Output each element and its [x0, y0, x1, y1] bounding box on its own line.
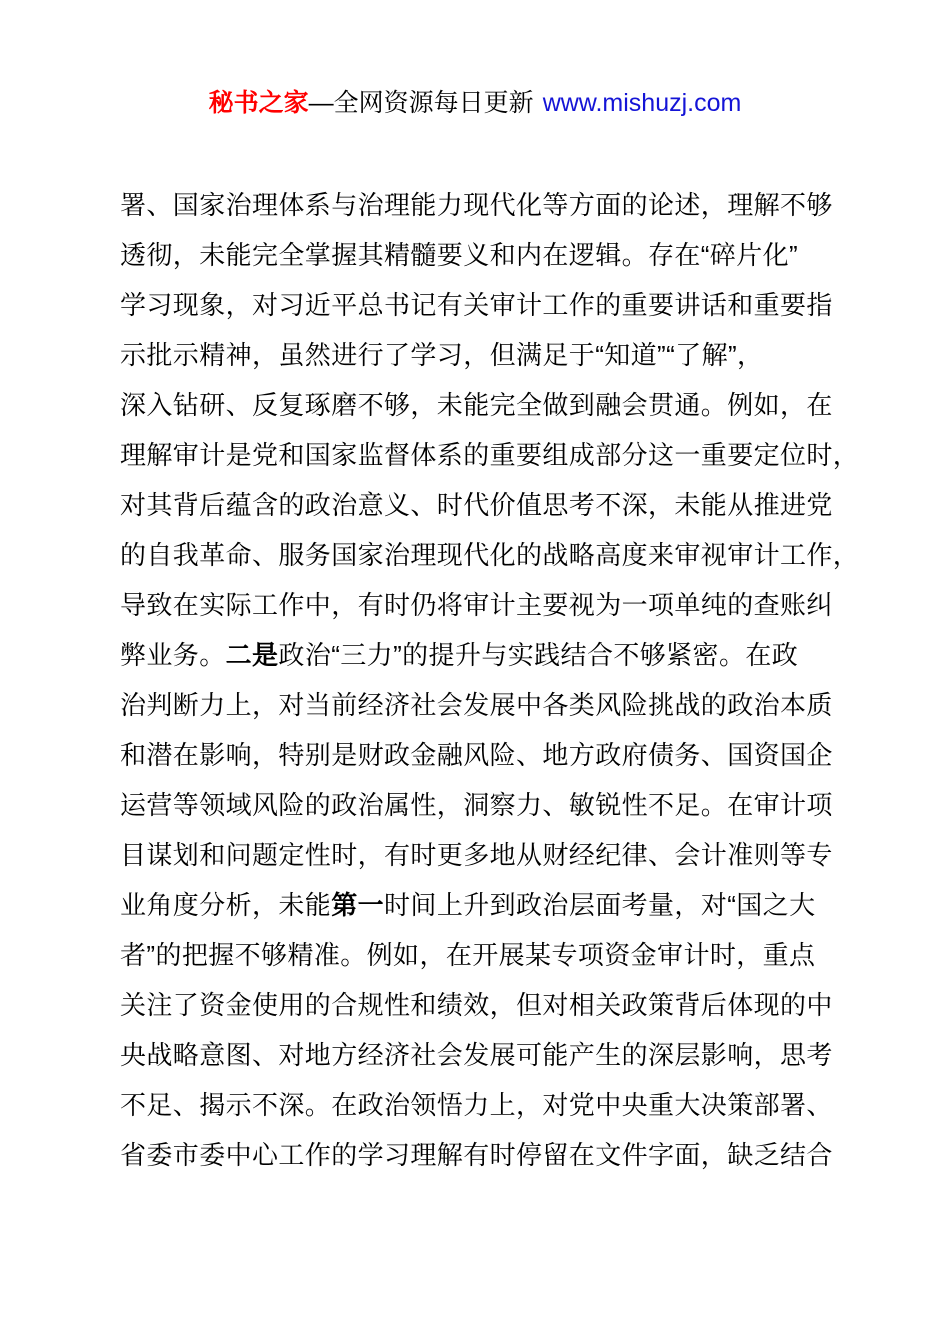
text-line: 央战略意图、对地方经济社会发展可能产生的深层影响，思考	[120, 1030, 833, 1080]
text-line: 和潜在影响，特别是财政金融风险、地方政府债务、国资国企	[120, 730, 833, 780]
text-line: 导致在实际工作中，有时仍将审计主要视为一项单纯的查账纠	[120, 580, 833, 630]
body-text: 政治“三力”的提升与实践结合不够紧密。在政	[278, 640, 798, 670]
body-text: 对其背后蕴含的政治意义、时代价值思考不深，未能从推进党	[120, 490, 833, 520]
text-line: 不足、揭示不深。在政治领悟力上，对党中央重大决策部署、	[120, 1080, 833, 1130]
body-text: 不足、揭示不深。在政治领悟力上，对党中央重大决策部署、	[120, 1090, 833, 1120]
body-text: 者”的把握不够精准。例如，在开展某专项资金审计时，重点	[120, 940, 815, 970]
text-line: 透彻，未能完全掌握其精髓要义和内在逻辑。存在“碎片化”	[120, 230, 833, 280]
site-url-link[interactable]: www.mishuzj.com	[543, 89, 742, 117]
text-line: 省委市委中心工作的学习理解有时停留在文件字面，缺乏结合	[120, 1130, 833, 1180]
emphasis-text: 第一	[331, 890, 384, 920]
body-text: 运营等领域风险的政治属性，洞察力、敏锐性不足。在审计项	[120, 790, 833, 820]
text-line: 关注了资金使用的合规性和绩效，但对相关政策背后体现的中	[120, 980, 833, 1030]
body-text: 示批示精神，虽然进行了学习，但满足于“知道”“了解”，	[120, 340, 763, 370]
text-line: 署、国家治理体系与治理能力现代化等方面的论述，理解不够	[120, 180, 833, 230]
body-text: 透彻，未能完全掌握其精髓要义和内在逻辑。存在“碎片化”	[120, 240, 798, 270]
text-line: 运营等领域风险的政治属性，洞察力、敏锐性不足。在审计项	[120, 780, 833, 830]
document-page: 秘书之家—全网资源每日更新www.mishuzj.com 署、国家治理体系与治理…	[0, 0, 950, 1344]
text-line: 业角度分析，未能第一时间上升到政治层面考量，对“国之大	[120, 880, 833, 930]
text-line: 对其背后蕴含的政治意义、时代价值思考不深，未能从推进党	[120, 480, 833, 530]
body-text: 弊业务。	[120, 640, 226, 670]
body-text: 署、国家治理体系与治理能力现代化等方面的论述，理解不够	[120, 190, 833, 220]
body-text: 时间上升到政治层面考量，对“国之大	[384, 890, 815, 920]
text-line: 的自我革命、服务国家治理现代化的战略高度来审视审计工作，	[120, 530, 833, 580]
text-line: 示批示精神，虽然进行了学习，但满足于“知道”“了解”，	[120, 330, 833, 380]
text-line: 者”的把握不够精准。例如，在开展某专项资金审计时，重点	[120, 930, 833, 980]
body-text: 和潜在影响，特别是财政金融风险、地方政府债务、国资国企	[120, 740, 833, 770]
body-text: 的自我革命、服务国家治理现代化的战略高度来审视审计工作，	[120, 540, 859, 570]
text-line: 深入钻研、反复琢磨不够，未能完全做到融会贯通。例如，在	[120, 380, 833, 430]
emphasis-text: 二是	[226, 640, 279, 670]
body-text: 省委市委中心工作的学习理解有时停留在文件字面，缺乏结合	[120, 1140, 833, 1170]
site-tagline: —全网资源每日更新	[309, 89, 534, 117]
text-line: 弊业务。二是政治“三力”的提升与实践结合不够紧密。在政	[120, 630, 833, 680]
site-header: 秘书之家—全网资源每日更新www.mishuzj.com	[0, 88, 950, 118]
body-text: 目谋划和问题定性时，有时更多地从财经纪律、会计准则等专	[120, 840, 833, 870]
body-text: 理解审计是党和国家监督体系的重要组成部分这一重要定位时，	[120, 440, 859, 470]
text-line: 学习现象，对习近平总书记有关审计工作的重要讲话和重要指	[120, 280, 833, 330]
text-line: 目谋划和问题定性时，有时更多地从财经纪律、会计准则等专	[120, 830, 833, 880]
document-body: 署、国家治理体系与治理能力现代化等方面的论述，理解不够透彻，未能完全掌握其精髓要…	[120, 180, 833, 1180]
body-text: 导致在实际工作中，有时仍将审计主要视为一项单纯的查账纠	[120, 590, 833, 620]
body-text: 央战略意图、对地方经济社会发展可能产生的深层影响，思考	[120, 1040, 833, 1070]
text-line: 治判断力上，对当前经济社会发展中各类风险挑战的政治本质	[120, 680, 833, 730]
text-line: 理解审计是党和国家监督体系的重要组成部分这一重要定位时，	[120, 430, 833, 480]
body-text: 关注了资金使用的合规性和绩效，但对相关政策背后体现的中	[120, 990, 833, 1020]
body-text: 学习现象，对习近平总书记有关审计工作的重要讲话和重要指	[120, 290, 833, 320]
body-text: 治判断力上，对当前经济社会发展中各类风险挑战的政治本质	[120, 690, 833, 720]
body-text: 深入钻研、反复琢磨不够，未能完全做到融会贯通。例如，在	[120, 390, 833, 420]
site-brand: 秘书之家	[209, 89, 309, 117]
body-text: 业角度分析，未能	[120, 890, 331, 920]
